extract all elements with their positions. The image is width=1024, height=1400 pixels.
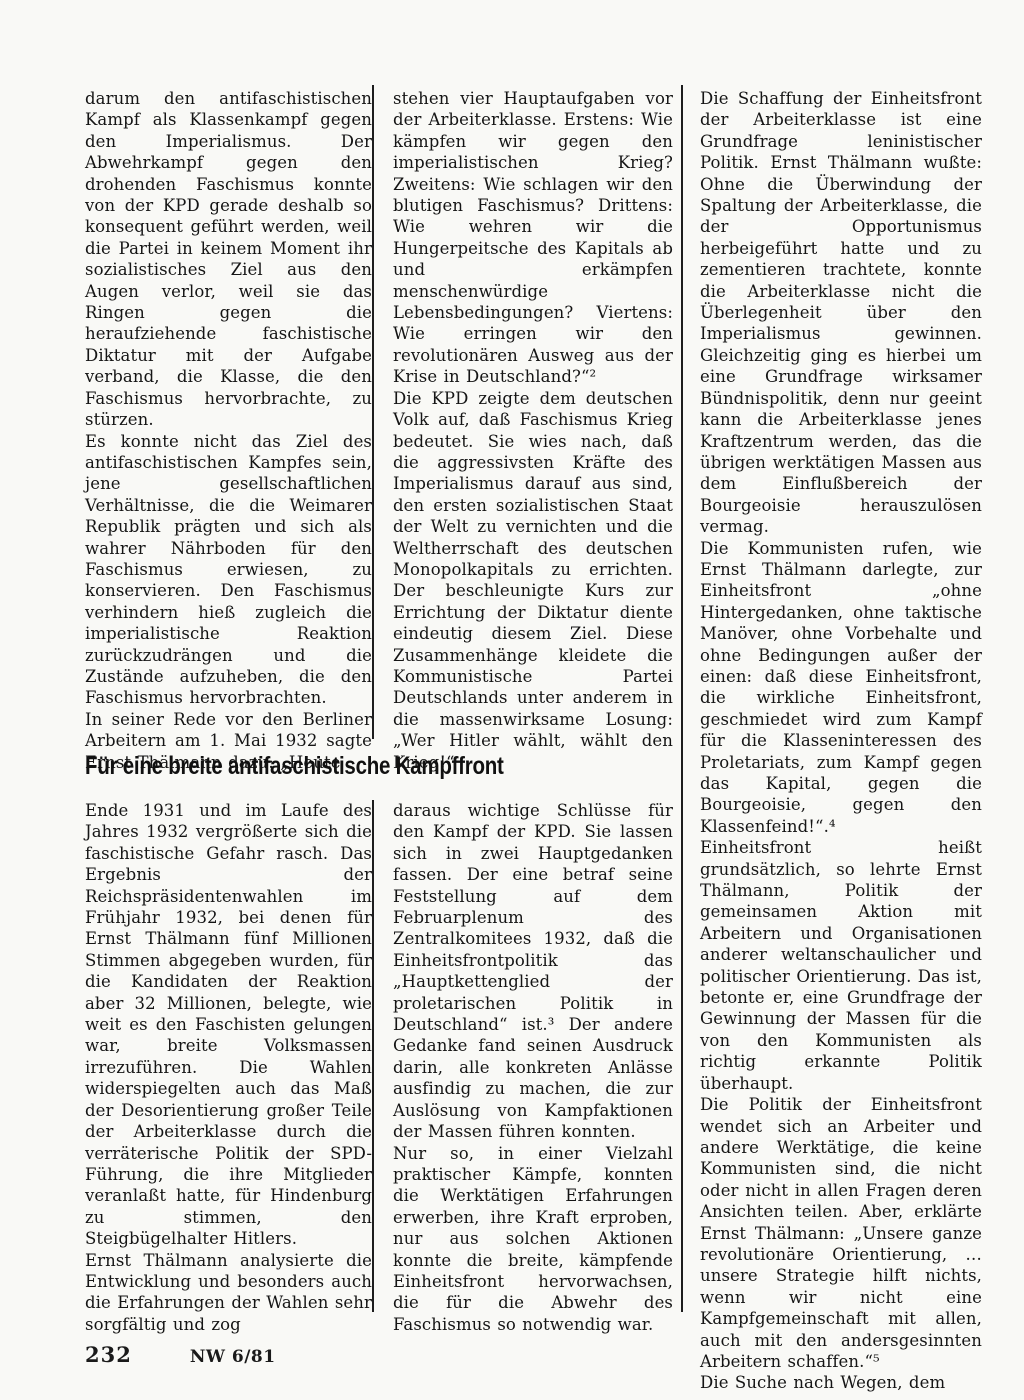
body-paragraph: Die KPD zeigte dem deutschen Volk auf, d… — [393, 388, 673, 773]
issue-label: NW 6/81 — [190, 1347, 276, 1367]
body-paragraph: stehen vier Hauptaufgaben vor der Arbeit… — [393, 88, 673, 388]
body-paragraph: Nur so, in einer Vielzahl praktischer Kä… — [393, 1143, 673, 1336]
body-paragraph: Ende 1931 und im Laufe des Jahres 1932 v… — [85, 800, 372, 1250]
body-paragraph: Die Schaffung der Einheitsfront der Arbe… — [700, 88, 982, 538]
body-paragraph: Einheitsfront heißt grundsätzlich, so le… — [700, 837, 982, 1094]
column-1-bottom: Ende 1931 und im Laufe des Jahres 1932 v… — [85, 800, 372, 1335]
body-paragraph: Ernst Thälmann analysierte die Entwicklu… — [85, 1250, 372, 1336]
section-heading: Für eine breite antifaschistische Kampff… — [85, 752, 504, 781]
body-paragraph: Die Kommunisten rufen, wie Ernst Thälman… — [700, 538, 982, 838]
page-footer: 232 NW 6/81 — [85, 1342, 276, 1367]
column-2-bottom: daraus wichtige Schlüsse für den Kampf d… — [393, 800, 673, 1335]
body-paragraph: daraus wichtige Schlüsse für den Kampf d… — [393, 800, 673, 1143]
magazine-page: darum den antifaschistischen Kampf als K… — [0, 0, 1024, 1400]
column-1-top: darum den antifaschistischen Kampf als K… — [85, 88, 372, 773]
column-2-top: stehen vier Hauptaufgaben vor der Arbeit… — [393, 88, 673, 773]
body-paragraph: darum den antifaschistischen Kampf als K… — [85, 88, 372, 431]
body-paragraph: Es konnte nicht das Ziel des antifaschis… — [85, 431, 372, 709]
page-number: 232 — [85, 1342, 132, 1367]
body-paragraph: Die Politik der Einheitsfront wendet sic… — [700, 1094, 982, 1372]
column-divider — [681, 85, 683, 1312]
body-paragraph: Die Suche nach Wegen, dem — [700, 1372, 982, 1393]
column-3: Die Schaffung der Einheitsfront der Arbe… — [700, 88, 982, 1394]
column-divider — [372, 800, 374, 1312]
column-divider — [372, 85, 374, 739]
